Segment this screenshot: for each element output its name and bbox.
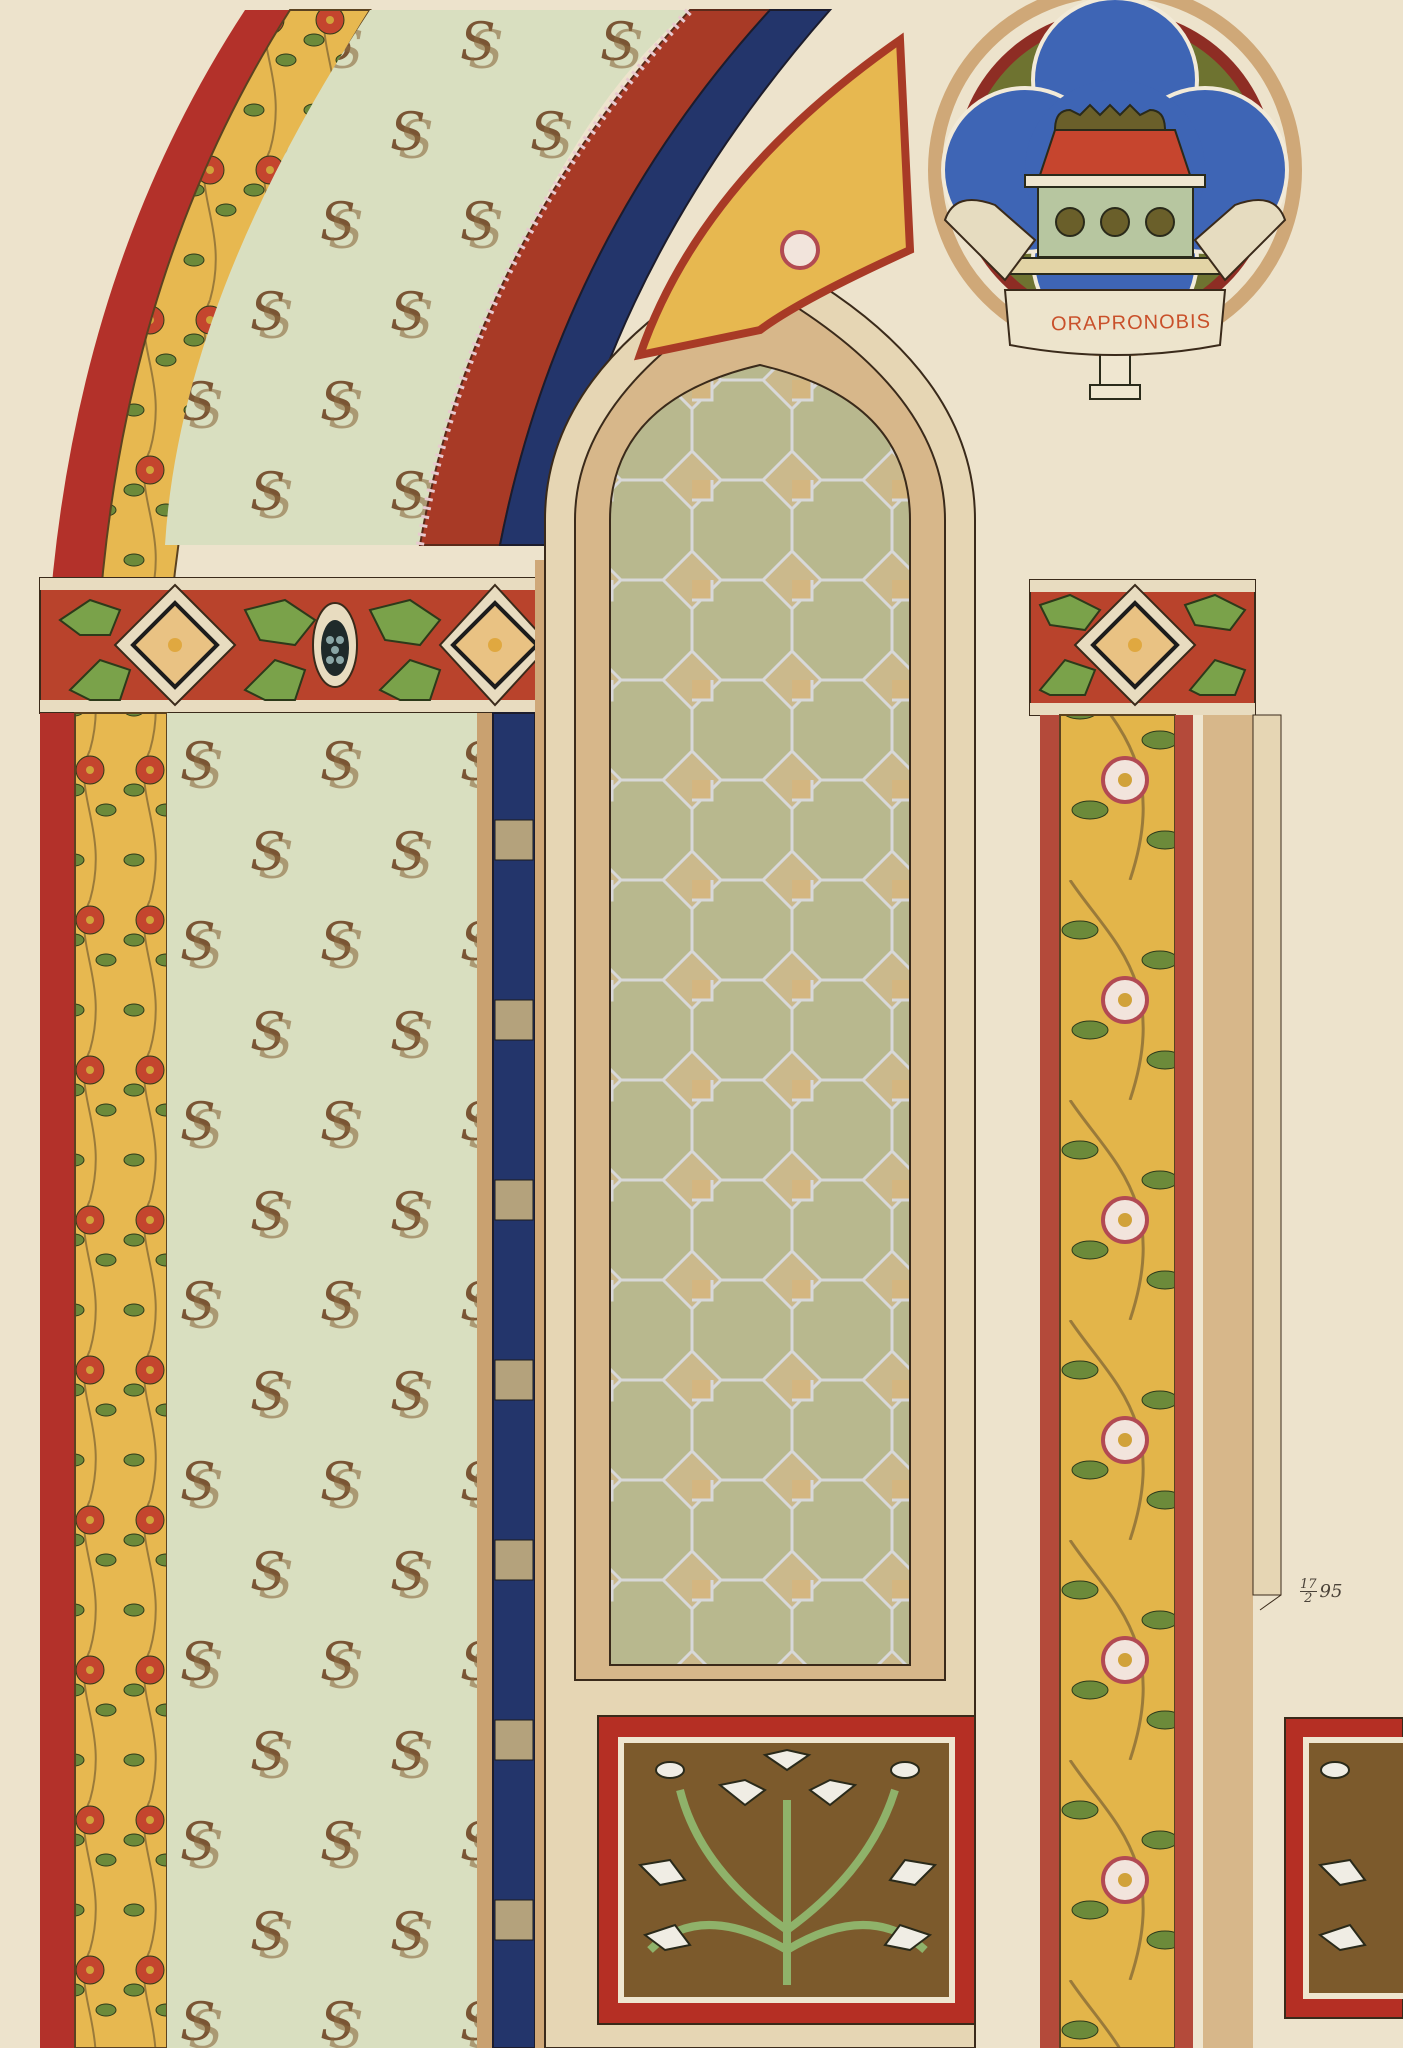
date-fraction: 17 2	[1300, 1578, 1317, 1605]
date-annotation: 17 2 95	[1300, 1578, 1342, 1605]
date-denominator: 2	[1300, 1592, 1317, 1605]
date-suffix: 95	[1320, 1581, 1343, 1602]
motto-text: ORAPRONOBIS	[1022, 310, 1240, 337]
mural-design-drawing: S S S S	[0, 0, 1403, 2048]
lily-panel-main	[598, 1716, 975, 2024]
window-glazing	[600, 360, 920, 1680]
date-numerator: 17	[1300, 1578, 1317, 1592]
frieze-diamonds	[115, 585, 550, 705]
lily-panel-right	[1285, 1718, 1403, 2018]
